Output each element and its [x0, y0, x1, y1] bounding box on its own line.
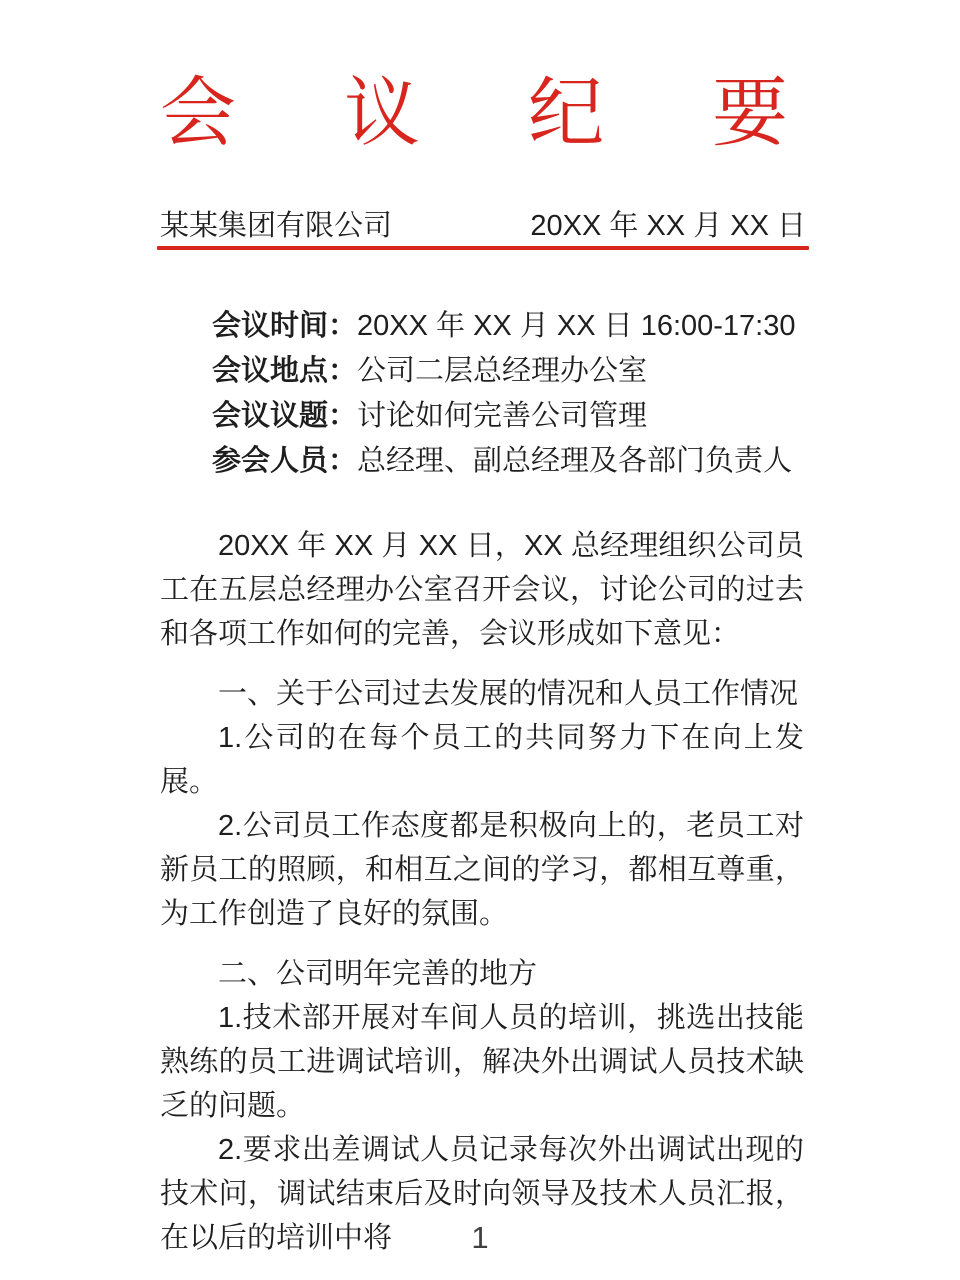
meeting-attendees-value: 总经理、副总经理及各部门负责人 [357, 445, 792, 477]
company-name: 某某集团有限公司 [160, 208, 392, 246]
page-number: 1 [0, 1220, 960, 1256]
document-body: 20XX 年 XX 月 XX 日，XX 总经理组织公司员工在五层总经理办公室召开… [160, 524, 804, 1260]
section-1-item-2: 2.公司员工作态度都是积极向上的，老员工对新员工的照顾，和相互之间的学习，都相互… [160, 804, 804, 936]
meeting-topic-value: 讨论如何完善公司管理 [357, 400, 647, 432]
paragraph-intro: 20XX 年 XX 月 XX 日，XX 总经理组织公司员工在五层总经理办公室召开… [160, 524, 804, 656]
meeting-topic-colon: ： [328, 400, 357, 432]
section-heading-2: 二、公司明年完善的地方 [160, 952, 804, 996]
meeting-attendees-row: 参会人员：总经理、副总经理及各部门负责人 [212, 439, 796, 484]
section-heading-1: 一、关于公司过去发展的情况和人员工作情况 [160, 672, 804, 716]
meeting-attendees-colon: ： [328, 445, 357, 477]
meeting-time-label: 会议时间 [212, 310, 328, 342]
document-page: 会议纪要 某某集团有限公司 20XX 年 XX 月 XX 日 会议时间：20XX… [0, 0, 960, 1280]
meeting-place-value: 公司二层总经理办公室 [357, 355, 647, 387]
section-1-item-1: 1.公司的在每个员工的共同努力下在向上发展。 [160, 716, 804, 804]
meeting-topic-row: 会议议题：讨论如何完善公司管理 [212, 394, 796, 439]
document-date: 20XX 年 XX 月 XX 日 [530, 208, 806, 246]
meeting-place-label: 会议地点 [212, 355, 328, 387]
meeting-time-colon: ： [328, 310, 357, 342]
meeting-info: 会议时间：20XX 年 XX 月 XX 日 16:00-17:30 会议地点：公… [212, 304, 796, 484]
meeting-place-row: 会议地点：公司二层总经理办公室 [212, 349, 796, 394]
section-2-item-1: 1.技术部开展对车间人员的培训，挑选出技能熟练的员工进调试培训，解决外出调试人员… [160, 996, 804, 1128]
document-header: 某某集团有限公司 20XX 年 XX 月 XX 日 [160, 208, 806, 246]
document-title: 会议纪要 [160, 68, 788, 159]
header-divider [157, 246, 809, 250]
meeting-attendees-label: 参会人员 [212, 445, 328, 477]
meeting-place-colon: ： [328, 355, 357, 387]
meeting-time-row: 会议时间：20XX 年 XX 月 XX 日 16:00-17:30 [212, 304, 796, 349]
meeting-topic-label: 会议议题 [212, 400, 328, 432]
meeting-time-value: 20XX 年 XX 月 XX 日 16:00-17:30 [357, 310, 795, 342]
